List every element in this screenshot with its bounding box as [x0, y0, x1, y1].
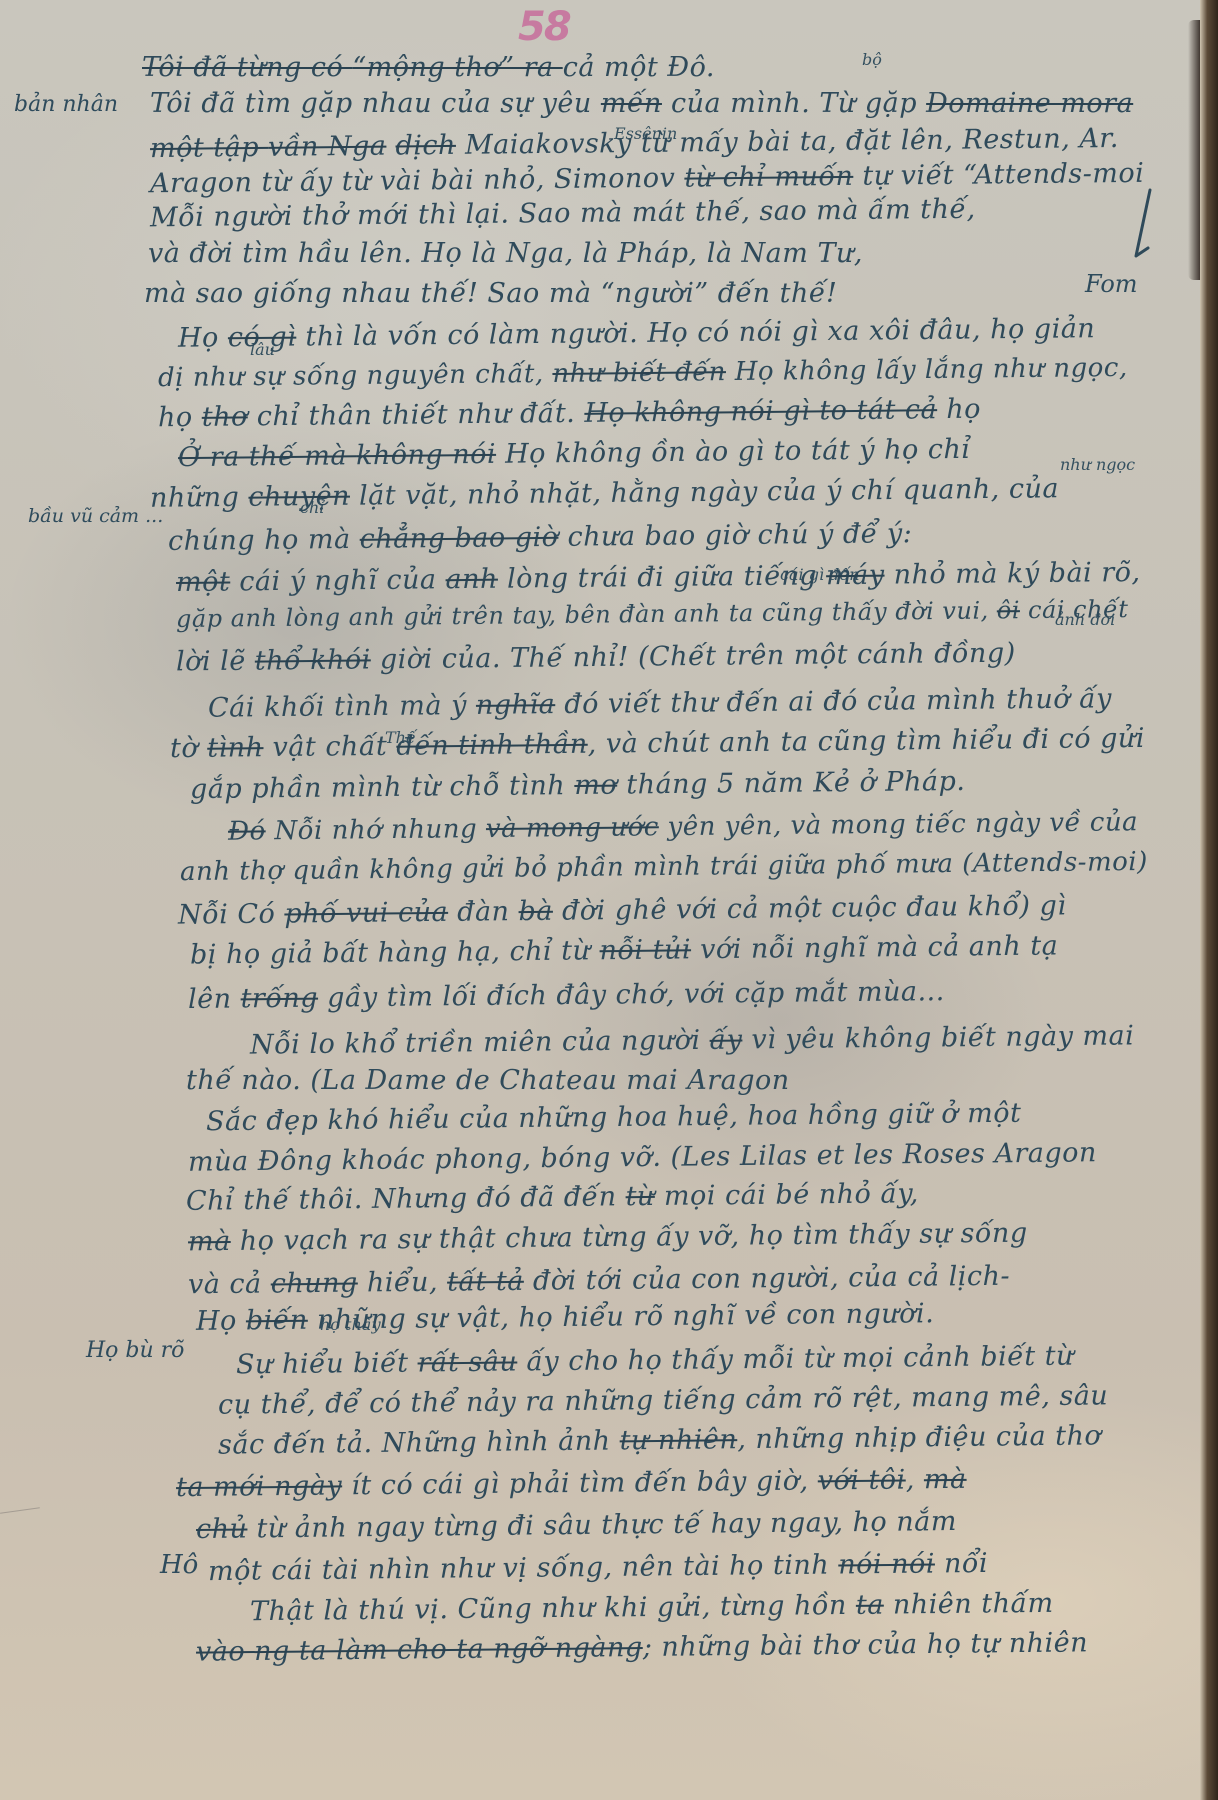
manuscript-line: mà sao giống nhau thế! Sao mà “người” đế… — [144, 278, 837, 309]
struck-text: ta — [856, 1590, 884, 1621]
manuscript-line: Tôi đã tìm gặp nhau của sự yêu mến của m… — [150, 88, 1133, 119]
line-text: anh thợ quần không gửi bỏ phần mình trái… — [180, 847, 1148, 887]
insertion-note: như ngọc — [1060, 455, 1135, 474]
line-text: Họ — [178, 322, 228, 354]
line-text: Maiakovsky từ mấy bài ta, đặt lên, Restu… — [456, 123, 1119, 161]
manuscript-line: Nỗi Có phố vui của đàn bà đời ghê với cả… — [178, 890, 1067, 930]
line-text: Thật là thú vị. Cũng như khi gửi, từng h… — [250, 1590, 856, 1627]
struck-text: từ chỉ muốn — [684, 161, 853, 194]
line-text: , — [906, 1464, 924, 1495]
struck-text: một — [150, 132, 214, 164]
struck-text: ta mới ngày — [176, 1470, 342, 1503]
manuscript-line: Mỗi người thở mới thì lại. Sao mà mát th… — [150, 194, 976, 234]
line-text: họ — [158, 402, 202, 433]
line-text: yên yên, và mong tiếc ngày về của — [659, 807, 1139, 842]
line-text: Họ không lấy lắng như ngọc, — [726, 353, 1128, 387]
line-text: lời lẽ — [176, 646, 255, 678]
line-text: những — [150, 482, 249, 514]
struck-text: chung — [271, 1268, 358, 1300]
struck-text: vần Nga — [268, 131, 387, 163]
struck-text: anh — [445, 564, 498, 596]
margin-note: Fom — [1085, 270, 1138, 298]
struck-text: từ — [625, 1181, 655, 1212]
struck-text: máy — [826, 560, 885, 592]
manuscript-line: Thật là thú vị. Cũng như khi gửi, từng h… — [250, 1588, 1054, 1627]
manuscript-line: ta mới ngày ít có cái gì phải tìm đến bâ… — [176, 1464, 967, 1503]
line-text: Họ — [196, 1305, 246, 1337]
line-text: chỉ thân thiết như đất. — [248, 398, 585, 433]
line-text: , những nhịp điệu của thơ — [737, 1420, 1101, 1455]
line-text: Nỗi lo khổ triền miên của người — [250, 1025, 710, 1061]
struck-text: Tôi đã từng có — [142, 52, 352, 83]
line-text: đàn — [448, 896, 519, 928]
line-text: dị như sự sống nguyên chất, — [158, 359, 553, 393]
manuscript-line: lời lẽ thổ khói giời của. Thế nhỉ! (Chết… — [176, 638, 1016, 678]
struck-text: thổ khói — [255, 644, 371, 676]
struck-text: phố vui của — [284, 897, 448, 930]
line-text: ít có cái gì phải tìm đến bây giờ, — [342, 1465, 818, 1501]
margin-note: bản nhân — [14, 92, 118, 117]
struck-text: đến tinh thần — [396, 729, 588, 762]
line-text: đời tới của con người, của cả lịch- — [524, 1261, 1011, 1297]
line-text: chưa bao giờ chú ý để ý: — [558, 518, 912, 553]
line-text: hiểu, — [358, 1267, 448, 1299]
line-text: Sắc đẹp khó hiểu của những hoa huệ, hoa … — [206, 1098, 1022, 1138]
margin-note: Hô — [160, 1550, 198, 1580]
line-text: Tôi đã tìm gặp nhau của sự yêu — [150, 88, 601, 119]
manuscript-line: một cái ý nghĩ của anh lòng trái đi giữa… — [176, 557, 1141, 598]
manuscript-line: Cái khối tình mà ý nghĩa đó viết thư đến… — [208, 683, 1112, 723]
line-text: mùa Đông khoác phong, bóng vỡ. (Les Lila… — [188, 1137, 1097, 1178]
struck-text: vào ng ta làm cho ta ngỡ ngàng — [196, 1632, 643, 1668]
struck-text: Ở ra thế mà — [178, 440, 356, 473]
line-text: bị họ giả bất hàng hạ, chỉ từ — [190, 935, 600, 970]
manuscript-line: mùa Đông khoác phong, bóng vỡ. (Les Lila… — [188, 1137, 1097, 1178]
manuscript-line: chủ từ ảnh ngay từng đi sâu thực tế hay … — [196, 1506, 957, 1545]
manuscript-line: Sự hiểu biết rất sâu ấy cho họ thấy mỗi … — [236, 1341, 1074, 1381]
manuscript-line: tờ tình vật chất đến tinh thần, và chút … — [170, 723, 1145, 764]
manuscript-line: và cả chung hiểu, tất tả đời tới của con… — [188, 1261, 1010, 1301]
struck-text: bà — [518, 896, 553, 927]
line-text: lên — [188, 983, 241, 1015]
manuscript-line: Họ biến những sự vật, họ hiểu rõ nghĩ về… — [196, 1298, 934, 1337]
manuscript-line: và đời tìm hầu lên. Họ là Nga, là Pháp, … — [148, 238, 863, 269]
struck-text: mến — [601, 88, 662, 119]
paper-tear — [1188, 20, 1200, 280]
manuscript-line: một tập vần Nga dịch Maiakovsky từ mấy b… — [150, 123, 1119, 164]
manuscript-line: thế nào. (La Dame de Chateau mai Aragon — [186, 1065, 790, 1096]
line-text: đó viết thư đến ai đó của mình thuở ấy — [555, 683, 1112, 720]
manuscript-line: sắc đến tả. Những hình ảnh tự nhiên, nhữ… — [218, 1420, 1101, 1460]
struck-text: thơ — [202, 401, 248, 432]
line-text: và đời tìm hầu lên. Họ là Nga, là Pháp, … — [148, 238, 863, 269]
manuscript-line: cụ thể, để có thể nảy ra những tiếng cảm… — [218, 1380, 1109, 1420]
line-text: cụ thể, để có thể nảy ra những tiếng cảm… — [218, 1380, 1109, 1420]
line-text: nổi — [935, 1548, 988, 1580]
struck-text: rất sâu — [417, 1346, 517, 1378]
line-text: nhiên thấm — [884, 1588, 1054, 1621]
margin-note: Họ bù rõ — [86, 1338, 184, 1363]
line-text: một cái tài nhìn như vị sống, nên tài họ… — [208, 1549, 839, 1587]
line-text: những sự vật, họ hiểu rõ nghĩ về con ngư… — [308, 1298, 935, 1336]
struck-text: “mộng thơ” ra — [352, 52, 562, 83]
struck-text: và mong ước — [486, 812, 659, 844]
manuscript-line: dị như sự sống nguyên chất, như biết đến… — [158, 353, 1128, 393]
line-text: gặp — [865, 88, 926, 119]
line-text: gặp anh lòng anh gửi trên tay, bên đàn a… — [176, 596, 997, 633]
manuscript-line: Ở ra thế mà không nói Họ không ồn ào gì … — [178, 434, 971, 473]
line-text: ấy cho họ thấy mỗi từ mọi cảnh biết từ — [517, 1341, 1074, 1378]
struck-text: tình — [207, 732, 264, 764]
line-text: đời ghê với cả một cuộc đau khổ) gì — [553, 890, 1067, 926]
line-text: gầy tìm lối đích đây chớ, với cặp mắt mù… — [318, 976, 945, 1014]
manuscript-line: Nỗi lo khổ triền miên của người ấy vì yê… — [250, 1020, 1135, 1060]
struck-text: dịch — [395, 130, 456, 162]
struck-text: chủ — [196, 1513, 248, 1545]
line-text: vì yêu không biết ngày mai — [742, 1020, 1134, 1055]
line-text: nhỏ mà ký bài rõ, — [884, 557, 1140, 591]
struck-text: mà — [924, 1464, 967, 1495]
line-text: mọi cái bé nhỏ ấy, — [655, 1178, 919, 1212]
line-text: thì là vốn có làm người. Họ có nói gì xa… — [296, 313, 1095, 352]
struck-text: chuyện — [248, 481, 350, 513]
paper-edge — [1200, 0, 1218, 1800]
struck-text: chẳng bao giờ — [360, 522, 559, 555]
line-text: mà sao giống nhau thế! Sao mà “người” đế… — [144, 278, 837, 309]
line-text: chúng họ mà — [168, 524, 360, 557]
line-text: giời của. Thế nhỉ! (Chết trên một cánh đ… — [371, 638, 1016, 676]
line-text: tháng 5 năm Kẻ ở Pháp. — [617, 766, 966, 801]
line-text: Aragon từ ấy từ vài bài nhỏ, Simonov — [150, 163, 685, 200]
line-text: lặt vặt, nhỏ nhặt, hằng ngày của ý chí q… — [350, 473, 1059, 511]
manuscript-line: Sắc đẹp khó hiểu của những hoa huệ, hoa … — [206, 1098, 1022, 1138]
struck-text: có gì — [228, 322, 297, 354]
struck-text: tự nhiên — [619, 1424, 737, 1456]
line-text: Nỗi nhớ nhung — [266, 814, 487, 846]
struck-text: biến — [246, 1305, 308, 1337]
insertion-note: bộ — [862, 50, 882, 69]
line-text: cái chết — [1020, 595, 1129, 624]
struck-text: mơ — [574, 770, 617, 801]
manuscript-line: mà họ vạch ra sự thật chưa từng ấy vỡ, h… — [188, 1218, 1028, 1258]
line-text: Chỉ thế thôi. Nhưng đó đã đến — [186, 1181, 626, 1217]
manuscript-line: gắp phần mình từ chỗ tình mơ tháng 5 năm… — [190, 766, 966, 805]
line-text: Họ không ồn ào gì to tát ý họ chỉ — [496, 434, 971, 470]
manuscript-line: một cái tài nhìn như vị sống, nên tài họ… — [208, 1548, 988, 1587]
struck-text: một — [176, 566, 231, 598]
manuscript-line: gặp anh lòng anh gửi trên tay, bên đàn a… — [176, 595, 1129, 633]
manuscript-page: 58 bản nhân Fom bầu vũ cảm ... Họ bù rõ … — [0, 0, 1200, 1800]
line-text: cả một Đô. — [563, 52, 715, 83]
struck-text: nghĩa — [476, 689, 556, 721]
line-text: vật chất — [263, 731, 396, 763]
page-number: 58 — [518, 4, 570, 50]
struck-text: Đó — [228, 816, 266, 846]
margin-note: bầu vũ cảm ... — [28, 505, 163, 527]
paper-crease — [0, 1507, 40, 1515]
struck-text: tất tả — [447, 1266, 524, 1298]
line-text: từ ảnh ngay từng đi sâu thực tế hay ngay… — [247, 1506, 957, 1544]
struck-text: trống — [240, 983, 318, 1015]
line-text: thế nào. (La Dame de Chateau mai Aragon — [186, 1065, 790, 1096]
manuscript-line: Tôi đã từng có “mộng thơ” ra cả một Đô. — [142, 52, 715, 83]
struck-text: Domaine mora — [926, 88, 1133, 119]
line-text: Mỗi người thở mới thì lại. Sao mà mát th… — [150, 194, 976, 234]
struck-text: ôi — [997, 596, 1020, 624]
struck-text: với tôi — [818, 1464, 906, 1496]
manuscript-line: chúng họ mà chẳng bao giờ chưa bao giờ c… — [168, 518, 913, 557]
line-text — [386, 131, 395, 162]
struck-text: như biết đến — [552, 357, 726, 389]
manuscript-line: Aragon từ ấy từ vài bài nhỏ, Simonov từ … — [150, 158, 1145, 199]
struck-text: nói nói — [838, 1548, 935, 1580]
line-text: Cái khối tình mà ý — [208, 690, 476, 724]
line-text: cái ý nghĩ của — [230, 564, 446, 597]
line-text: của mình. Từ — [662, 88, 865, 119]
struck-text: tập — [213, 132, 268, 164]
struck-text: nỗi tủi — [599, 934, 691, 966]
line-text: với nỗi nghĩ mà cả anh tạ — [691, 930, 1059, 965]
manuscript-line: Họ có gì thì là vốn có làm người. Họ có … — [178, 313, 1096, 354]
manuscript-line: anh thợ quần không gửi bỏ phần mình trái… — [180, 847, 1148, 887]
line-text: Nỗi Có — [178, 899, 285, 931]
line-text: Sự hiểu biết — [236, 1347, 418, 1380]
manuscript-line: những chuyện lặt vặt, nhỏ nhặt, hằng ngà… — [150, 473, 1059, 514]
line-text: gắp phần mình từ chỗ tình — [190, 770, 575, 805]
line-text: sắc đến tả. Những hình ảnh — [218, 1425, 620, 1460]
line-text: tờ — [170, 733, 208, 764]
struck-text: ấy — [709, 1024, 742, 1055]
manuscript-line: họ thơ chỉ thân thiết như đất. Họ không … — [158, 394, 981, 434]
manuscript-line: vào ng ta làm cho ta ngỡ ngàng; những bà… — [196, 1627, 1088, 1667]
line-text: họ — [937, 394, 981, 425]
struck-text: không nói — [356, 439, 496, 471]
manuscript-line: Đó Nỗi nhớ nhung và mong ước yên yên, và… — [228, 807, 1138, 847]
line-text: và cả — [188, 1268, 271, 1300]
manuscript-line: lên trống gầy tìm lối đích đây chớ, với … — [188, 976, 945, 1015]
manuscript-line: Chỉ thế thôi. Nhưng đó đã đến từ mọi cái… — [186, 1178, 919, 1217]
manuscript-line: bị họ giả bất hàng hạ, chỉ từ nỗi tủi vớ… — [190, 930, 1059, 970]
line-text: tự viết “Attends-moi — [853, 158, 1144, 192]
insertion-arrow-icon — [1128, 188, 1158, 268]
line-text: lòng trái đi giữa tiếng — [498, 560, 826, 594]
struck-text: mà — [188, 1226, 231, 1257]
line-text: , và chút anh ta cũng tìm hiểu đi có gửi — [588, 723, 1146, 760]
line-text: ; những bài thơ của họ tự nhiên — [643, 1627, 1089, 1663]
struck-text: Họ không nói gì to tát cả — [584, 394, 937, 429]
line-text: họ vạch ra sự thật chưa từng ấy vỡ, họ t… — [231, 1218, 1028, 1257]
